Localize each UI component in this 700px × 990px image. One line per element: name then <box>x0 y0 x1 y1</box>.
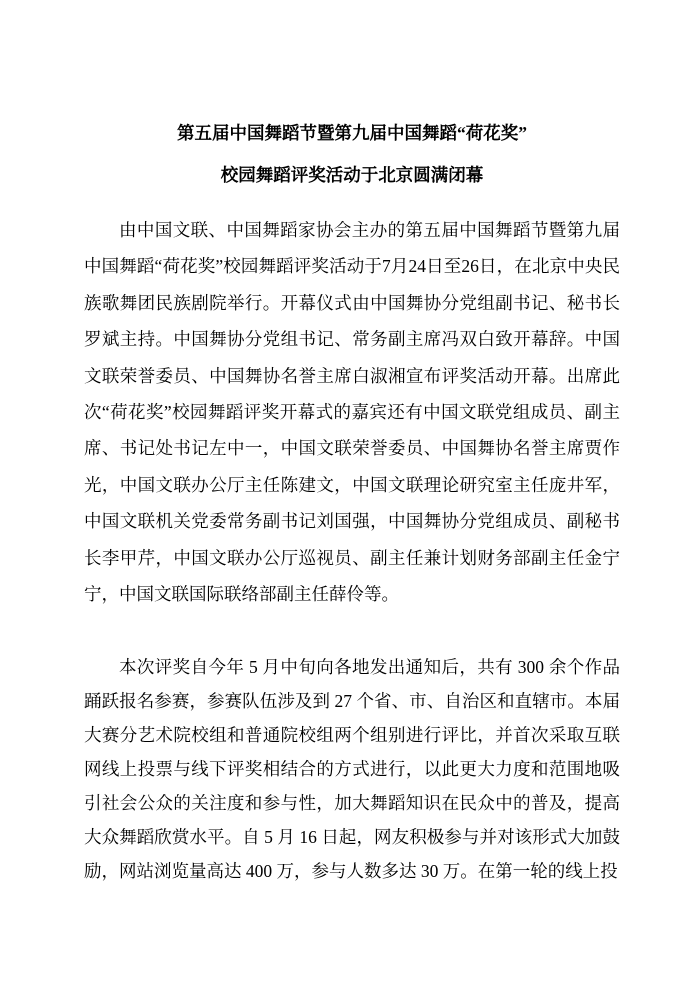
document-title: 第五届中国舞蹈节暨第九届中国舞蹈“荷花奖” 校园舞蹈评奖活动于北京圆满闭幕 <box>84 112 620 196</box>
paragraph-competition-details: 本次评奖自今年 5 月中旬向各地发出通知后，共有 300 余个作品踊跃报名参赛，… <box>84 650 620 888</box>
paragraph-opening-ceremony: 由中国文联、中国舞蹈家协会主办的第五届中国舞蹈节暨第九届中国舞蹈“荷花奖”校园舞… <box>84 212 620 612</box>
document-content: 第五届中国舞蹈节暨第九届中国舞蹈“荷花奖” 校园舞蹈评奖活动于北京圆满闭幕 由中… <box>84 112 620 888</box>
document-page: 第五届中国舞蹈节暨第九届中国舞蹈“荷花奖” 校园舞蹈评奖活动于北京圆满闭幕 由中… <box>0 0 700 990</box>
document-body: 由中国文联、中国舞蹈家协会主办的第五届中国舞蹈节暨第九届中国舞蹈“荷花奖”校园舞… <box>84 212 620 888</box>
document-title-line-2: 校园舞蹈评奖活动于北京圆满闭幕 <box>84 154 620 196</box>
document-title-line-1: 第五届中国舞蹈节暨第九届中国舞蹈“荷花奖” <box>84 112 620 154</box>
